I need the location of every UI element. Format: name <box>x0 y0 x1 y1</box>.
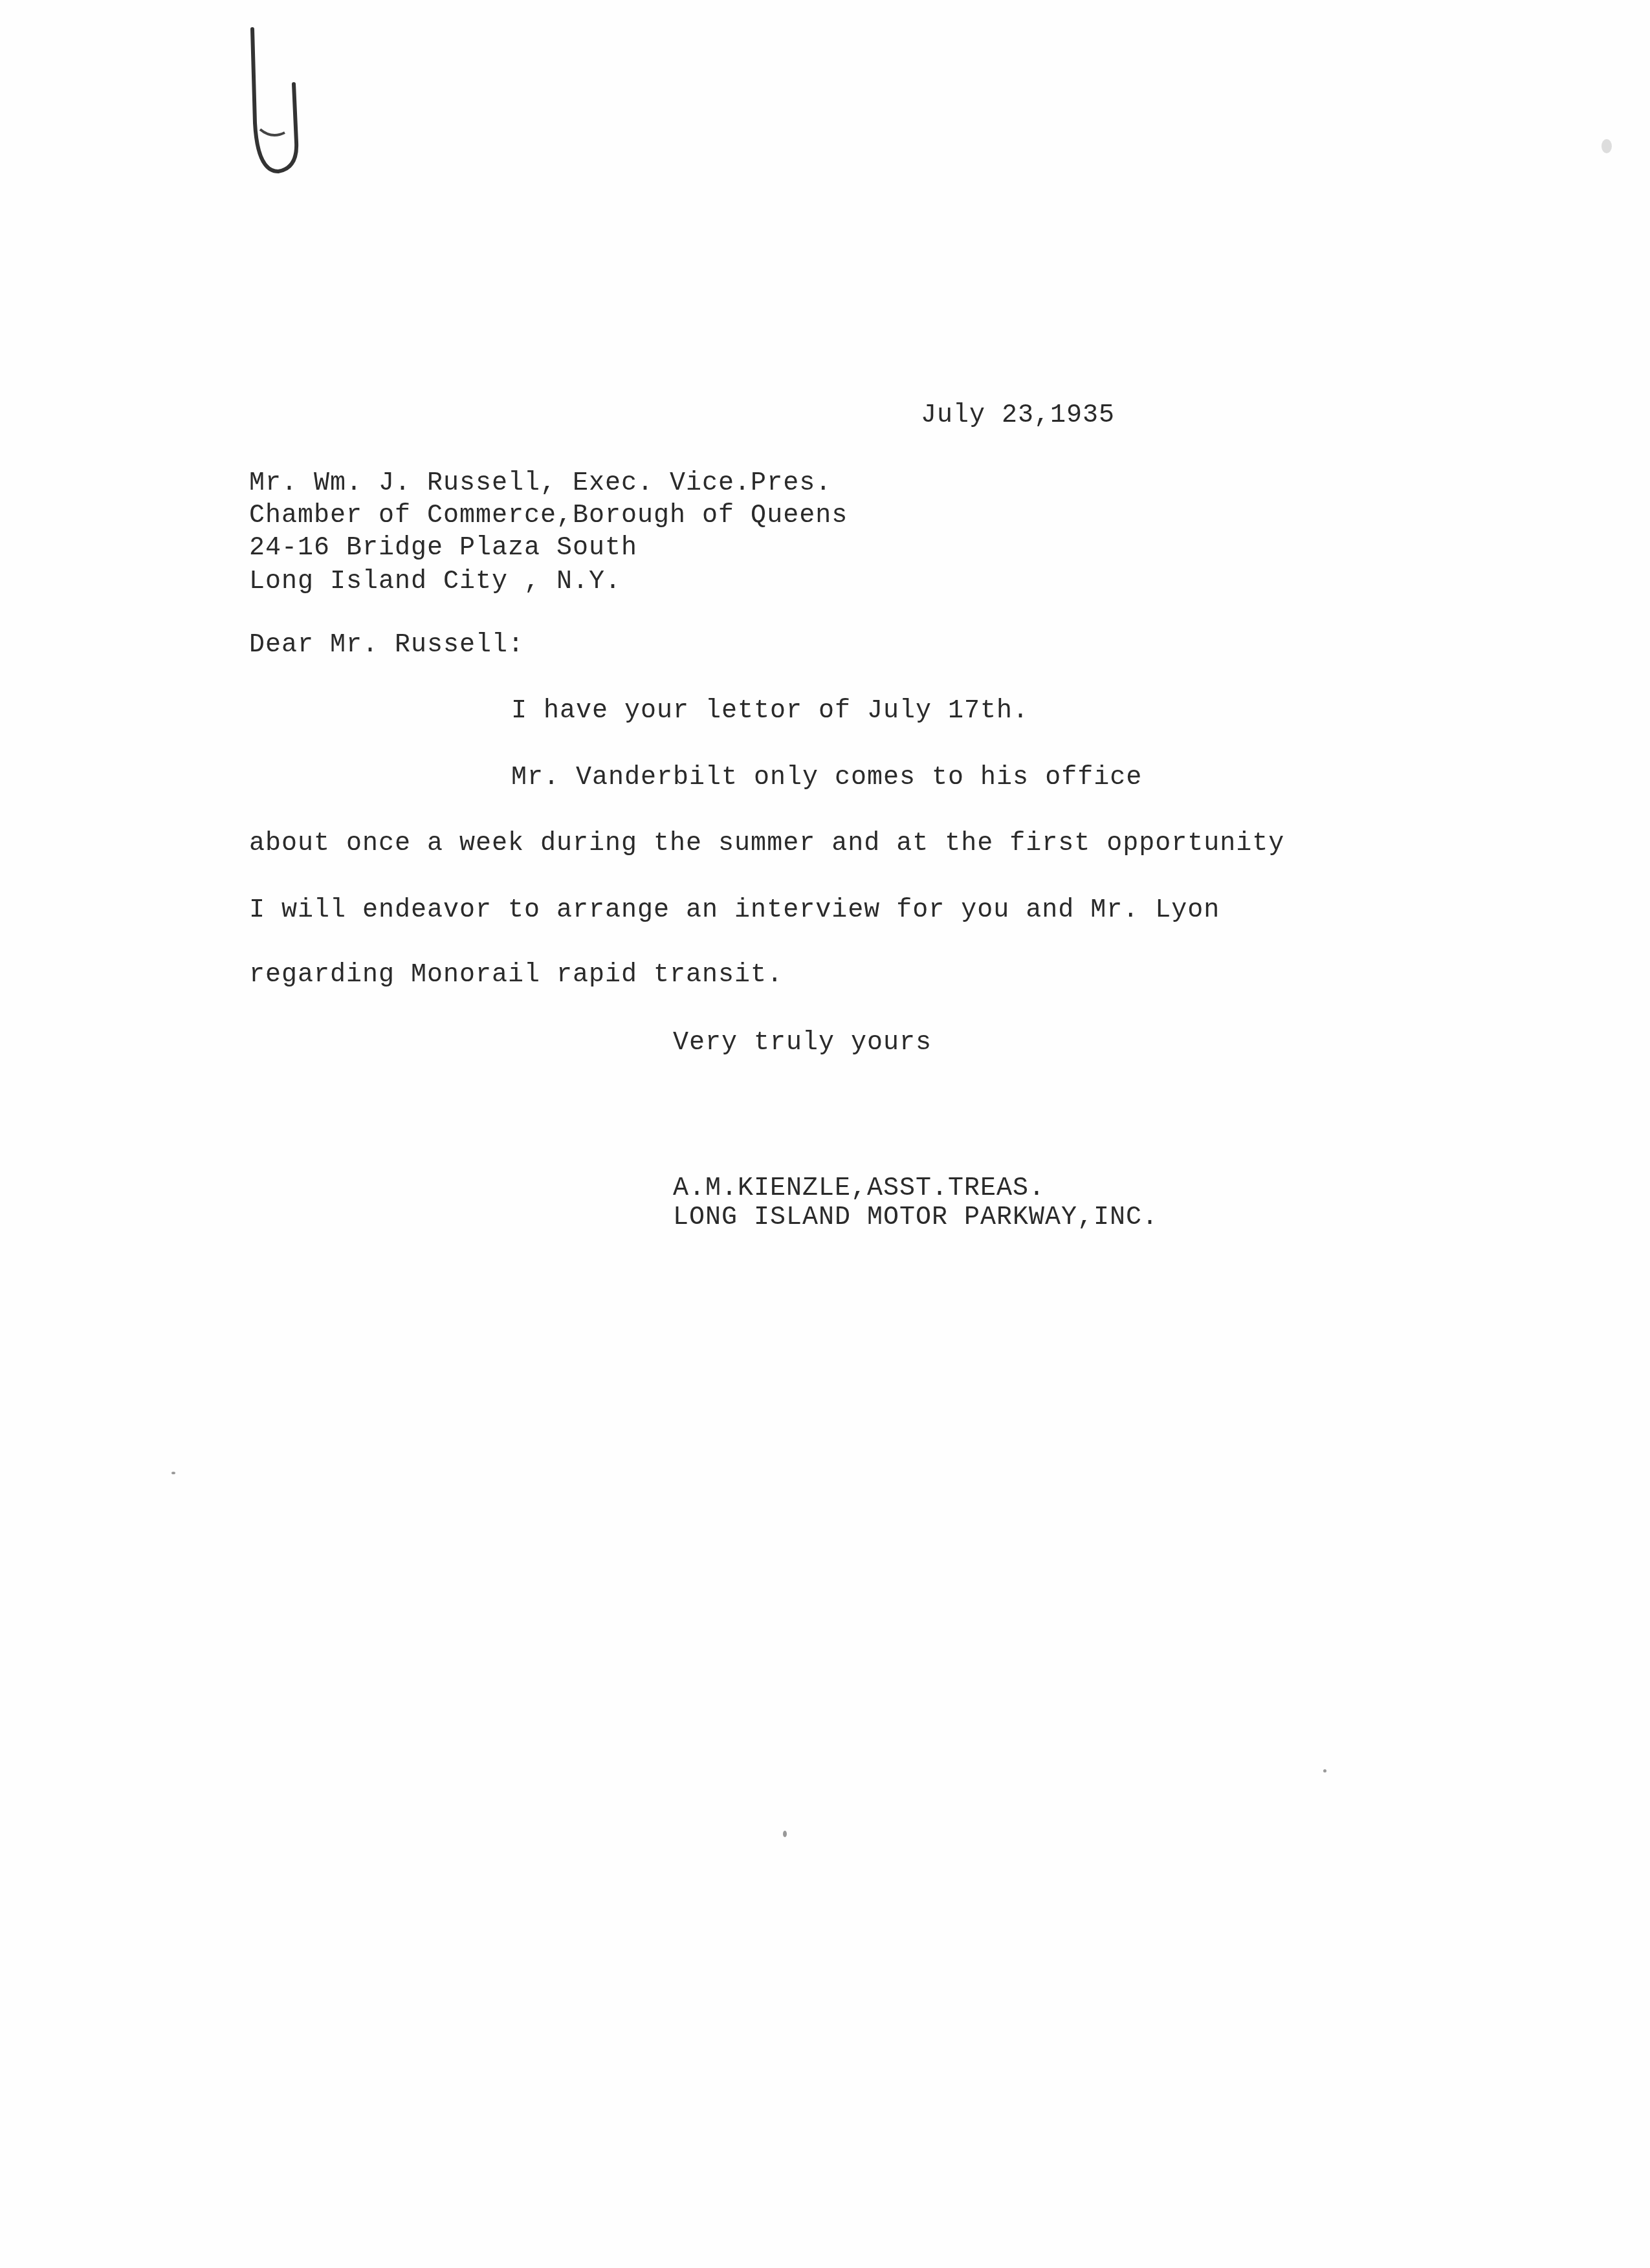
recipient-line-2: Chamber of Commerce,Borough of Queens <box>249 501 848 530</box>
speck <box>783 1831 787 1837</box>
recipient-line-1: Mr. Wm. J. Russell, Exec. Vice.Pres. <box>249 469 831 498</box>
body-paragraph-2-line-1: Mr. Vanderbilt only comes to his office <box>511 763 1142 792</box>
signature-company: LONG ISLAND MOTOR PARKWAY,INC. <box>673 1203 1158 1232</box>
speck <box>171 1472 175 1474</box>
speck <box>1601 139 1612 153</box>
salutation: Dear Mr. Russell: <box>249 631 524 660</box>
letter-date: July 23,1935 <box>921 401 1115 430</box>
body-paragraph-2-line-3: I will endeavor to arrange an interview … <box>249 896 1220 925</box>
recipient-line-4: Long Island City , N.Y. <box>249 567 621 596</box>
closing: Very truly yours <box>673 1029 932 1058</box>
speck <box>1323 1769 1326 1772</box>
signature-name: A.M.KIENZLE,ASST.TREAS. <box>673 1174 1045 1203</box>
body-paragraph-1: I have your lettor of July 17th. <box>511 697 1029 726</box>
recipient-line-3: 24-16 Bridge Plaza South <box>249 534 637 563</box>
body-paragraph-2-line-4: regarding Monorail rapid transit. <box>249 961 783 990</box>
body-paragraph-2-line-2: about once a week during the summer and … <box>249 829 1284 858</box>
paperclip-mark-icon <box>246 26 311 175</box>
letter-page: July 23,1935 Mr. Wm. J. Russell, Exec. V… <box>0 0 1650 2268</box>
